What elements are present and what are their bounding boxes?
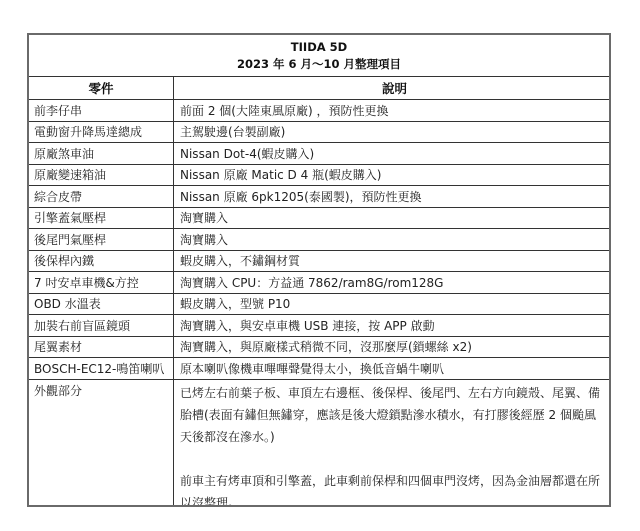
table-row: 引擎蓋氣壓桿淘寶購入 xyxy=(29,208,609,230)
desc-cell: 前面 2 個(大陸東風原廠) ，預防性更換 xyxy=(174,100,609,121)
table-row: 原廠變速箱油Nissan 原廠 Matic D 4 瓶(蝦皮購入) xyxy=(29,165,609,187)
desc-cell: Nissan Dot-4(蝦皮購入) xyxy=(174,143,609,164)
desc-cell: 原本喇叭像機車嗶嗶聲覺得太小，換低音蝸牛喇叭 xyxy=(174,358,609,379)
table-row: 後保桿內鐵蝦皮購入，不鏽鋼材質 xyxy=(29,251,609,273)
table-row: BOSCH-EC12-鳴笛喇叭原本喇叭像機車嗶嗶聲覺得太小，換低音蝸牛喇叭 xyxy=(29,358,609,380)
desc-cell: 淘寶購入 xyxy=(174,229,609,250)
part-cell: 引擎蓋氣壓桿 xyxy=(29,208,174,229)
table-row: OBD 水溫表蝦皮購入，型號 P10 xyxy=(29,294,609,316)
desc-cell: 蝦皮購入，型號 P10 xyxy=(174,294,609,315)
table-row: 尾翼素材淘寶購入，與原廠樣式稍微不同，沒那麼厚(鎖螺絲 x2) xyxy=(29,337,609,359)
title-line-2: 2023 年 6 月～10 月整理項目 xyxy=(29,56,609,73)
desc-cell: 淘寶購入 xyxy=(174,208,609,229)
table-row: 加裝右前盲區鏡頭淘寶購入，與安卓車機 USB 連接，按 APP 啟動 xyxy=(29,315,609,337)
maintenance-table: TIIDA 5D 2023 年 6 月～10 月整理項目 零件 說明 前李仔串前… xyxy=(27,33,611,507)
header-part: 零件 xyxy=(29,77,174,99)
part-cell: 前李仔串 xyxy=(29,100,174,121)
desc-cell: 蝦皮購入，不鏽鋼材質 xyxy=(174,251,609,272)
header-description: 說明 xyxy=(174,77,609,99)
part-cell: 原廠變速箱油 xyxy=(29,165,174,186)
table-header: 零件 說明 xyxy=(29,77,609,100)
desc-cell: Nissan 原廠 6pk1205(泰國製)，預防性更換 xyxy=(174,186,609,207)
part-cell: 外觀部分 xyxy=(29,380,174,505)
desc-paragraph-1: 已烤左右前葉子板、車頂左右邊框、後保桿、後尾門、左右方向鏡殼、尾翼、備胎槽(表面… xyxy=(180,382,603,448)
table-title: TIIDA 5D 2023 年 6 月～10 月整理項目 xyxy=(29,35,609,77)
table-row: 綜合皮帶Nissan 原廠 6pk1205(泰國製)，預防性更換 xyxy=(29,186,609,208)
part-cell: 7 吋安卓車機&方控 xyxy=(29,272,174,293)
desc-cell: 淘寶購入，與原廠樣式稍微不同，沒那麼厚(鎖螺絲 x2) xyxy=(174,337,609,358)
part-cell: OBD 水溫表 xyxy=(29,294,174,315)
part-cell: 尾翼素材 xyxy=(29,337,174,358)
table-row-exterior: 外觀部分 已烤左右前葉子板、車頂左右邊框、後保桿、後尾門、左右方向鏡殼、尾翼、備… xyxy=(29,380,609,505)
table-row: 7 吋安卓車機&方控淘寶購入 CPU：方益通 7862/ram8G/rom128… xyxy=(29,272,609,294)
part-cell: 綜合皮帶 xyxy=(29,186,174,207)
part-cell: 後尾門氣壓桿 xyxy=(29,229,174,250)
part-cell: 後保桿內鐵 xyxy=(29,251,174,272)
desc-cell: 淘寶購入 CPU：方益通 7862/ram8G/rom128G xyxy=(174,272,609,293)
desc-cell: Nissan 原廠 Matic D 4 瓶(蝦皮購入) xyxy=(174,165,609,186)
part-cell: 原廠煞車油 xyxy=(29,143,174,164)
table-row: 電動窗升降馬達總成主駕駛邊(台製副廠) xyxy=(29,122,609,144)
part-cell: 加裝右前盲區鏡頭 xyxy=(29,315,174,336)
table-row: 後尾門氣壓桿淘寶購入 xyxy=(29,229,609,251)
desc-cell: 淘寶購入，與安卓車機 USB 連接，按 APP 啟動 xyxy=(174,315,609,336)
table-row: 前李仔串前面 2 個(大陸東風原廠) ，預防性更換 xyxy=(29,100,609,122)
part-cell: 電動窗升降馬達總成 xyxy=(29,122,174,143)
part-cell: BOSCH-EC12-鳴笛喇叭 xyxy=(29,358,174,379)
table-row: 原廠煞車油Nissan Dot-4(蝦皮購入) xyxy=(29,143,609,165)
title-line-1: TIIDA 5D xyxy=(29,39,609,56)
desc-paragraph-2: 前車主有烤車頂和引擎蓋，此車剩前保桿和四個車門沒烤，因為金油層都還在所以沒整理。 xyxy=(180,470,603,505)
paragraph-gap xyxy=(180,448,603,470)
desc-cell: 已烤左右前葉子板、車頂左右邊框、後保桿、後尾門、左右方向鏡殼、尾翼、備胎槽(表面… xyxy=(174,380,609,505)
desc-cell: 主駕駛邊(台製副廠) xyxy=(174,122,609,143)
